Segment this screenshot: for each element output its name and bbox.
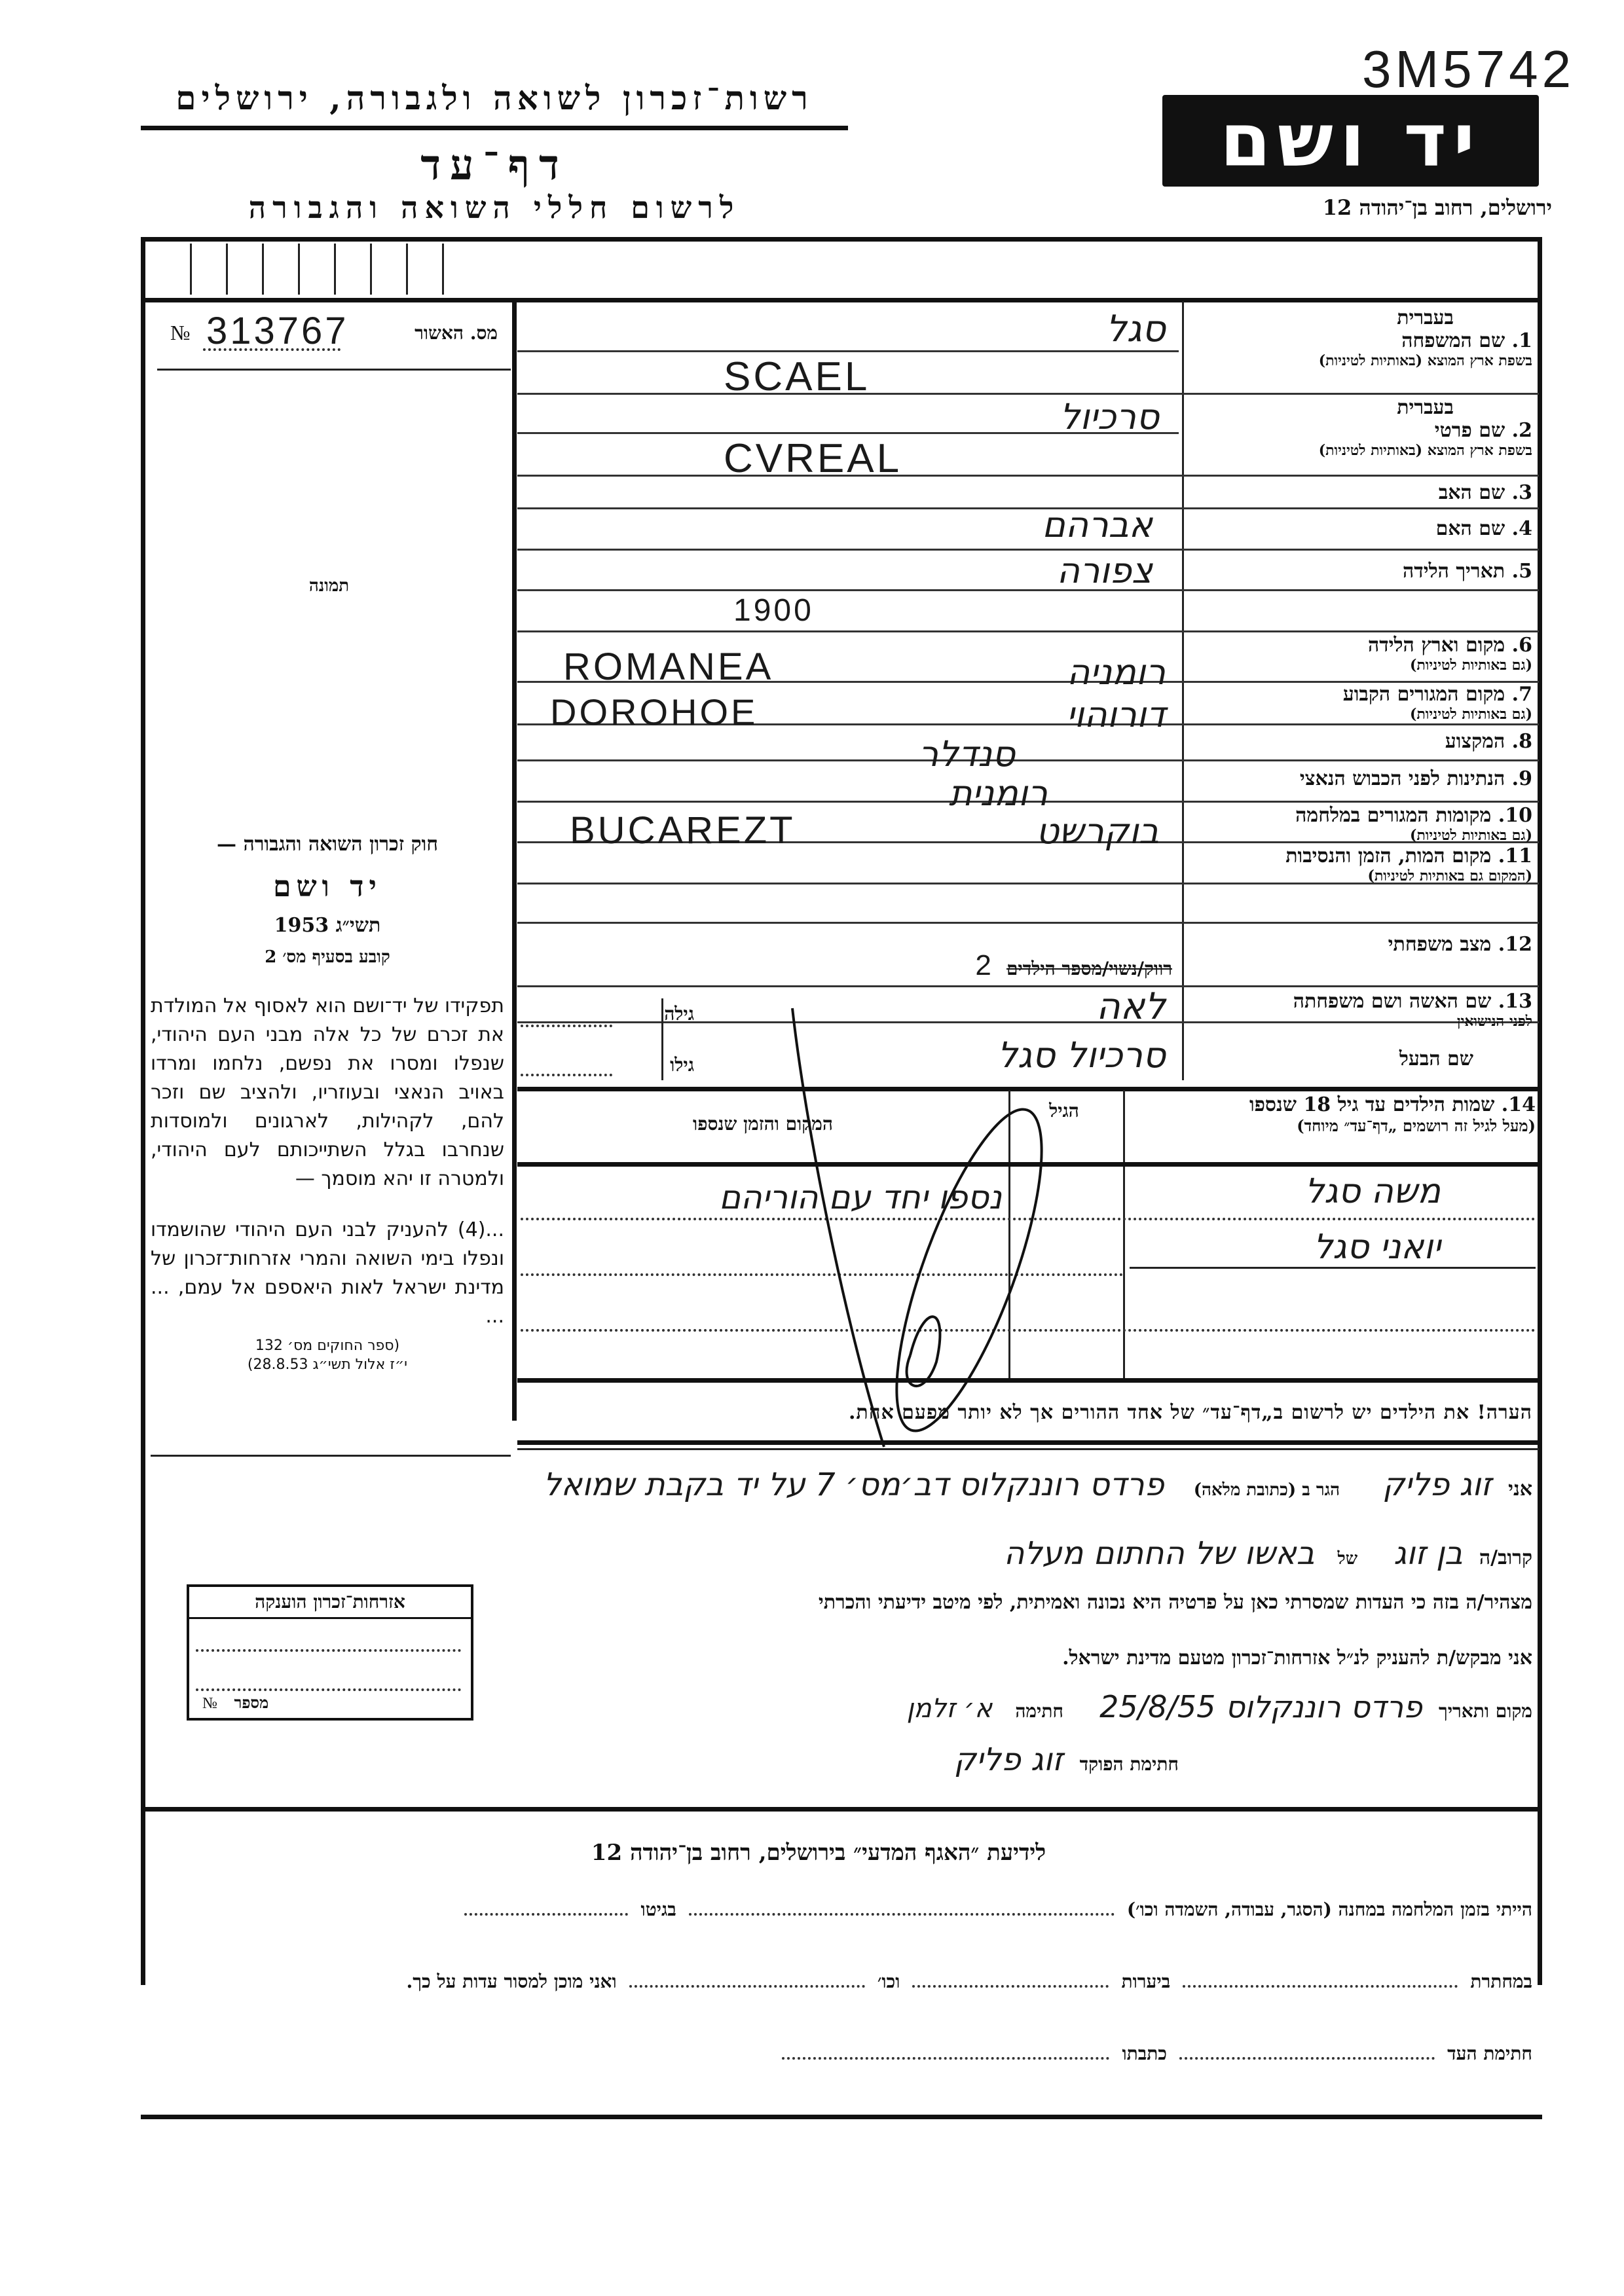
photo-label: תמונה [151, 576, 507, 596]
relation-to-value[interactable]: באשו של החתום מעלה [1004, 1535, 1314, 1572]
frame-left [141, 237, 145, 1985]
wartime-residence-hebrew-value[interactable]: בוקרשט [910, 811, 1159, 852]
birth-place-hebrew-value[interactable]: רומניה [943, 651, 1166, 693]
yad-vashem-logo: יד ושם [1162, 95, 1539, 187]
frame-right [1538, 237, 1542, 1985]
signature-value[interactable]: א׳ זלמן [906, 1694, 992, 1724]
husband-age-label: גילו [602, 1054, 694, 1076]
children-title: שמות הילדים עד גיל 18 שנספו [1249, 1093, 1494, 1116]
marital-status-options: רווק/נשוי/מספר הילדים 2 [753, 949, 1172, 982]
children-col-1 [1123, 1090, 1125, 1378]
mother-name-value[interactable]: צפורה [930, 550, 1153, 591]
left-column-divider [512, 301, 517, 1421]
field-label: שם פרטי [1435, 419, 1505, 442]
field-husband-name-label: שם הבעל [1189, 1048, 1532, 1070]
header-rule [141, 126, 848, 130]
logo-text: יד ושם [1162, 95, 1539, 187]
field-label: שם המשפחה [1401, 329, 1505, 352]
form-subtitle: לרשום חללי השואה והגבורה [141, 190, 848, 225]
field-death-place-label: 11. מקום המות, הזמן והנסיבות (המקום גם ב… [1189, 845, 1532, 884]
field-father-name-label: 3. שם האב [1189, 481, 1532, 504]
label-column-divider [1182, 301, 1184, 1080]
number-sign: № [202, 1695, 217, 1712]
profession-value[interactable]: סנדלר [819, 733, 1015, 774]
photo-box: תמונה [151, 373, 507, 825]
field-sublabel: בשפת ארץ המוצא (באותיות לטיניות) [1189, 442, 1532, 459]
law-box-bottom [151, 1455, 511, 1457]
official-signature-value[interactable]: זוג פליק [954, 1741, 1063, 1778]
law-citation-2: י״ז אלול תשי״ג 28.8.53) [151, 1357, 504, 1373]
law-paragraph-1: תפקידו של יד־ושם הוא לאסוף אל המולדת את … [151, 992, 504, 1194]
field-wife-name-label: 13. שם האשה ושם משפחתה לפני הנישואין [1189, 990, 1532, 1030]
field-number: 1. [1512, 329, 1532, 352]
field-nationality-label: 9. הנתינות לפני הכבוש הנאצי [1189, 767, 1532, 790]
footer-line-3: חתימת העד כתבתו [151, 2043, 1532, 2065]
field-wartime-residence-label: 10. מקומות המגורים במלחמה (גם באותיות לט… [1189, 804, 1532, 844]
official-signature-row: חתימת הפוקד זוג פליק [524, 1741, 1179, 1778]
approval-rule [157, 369, 511, 371]
field-birth-date-label: 5. תאריך הלידה [1189, 560, 1532, 583]
strip-bottom [141, 298, 1542, 302]
footer-line-1: הייתי בזמן המלחמה במחנה (הסגר, עבודה, הש… [151, 1899, 1532, 1921]
law-box: חוק זכרון השואה והגבורה — יד ושם תשי״ג 1… [151, 825, 504, 1373]
wife-age-label: גילה [602, 1003, 694, 1025]
father-name-value[interactable]: אברהם [930, 504, 1153, 545]
field-mother-name-label: 4. שם האם [1189, 517, 1532, 540]
archive-number: 3M5742 [1362, 39, 1575, 100]
law-paragraph-2: ...(4) להעניק לבני העם היהודי שהושמדו ונ… [151, 1216, 504, 1331]
declaration-line-1: אני זוג פליק הגר ב (כתובת מלאה) פרדס רונ… [190, 1467, 1532, 1503]
footer-heading: לידיעת ״האגף המדעי״ בירושלים, רחוב בן־יה… [458, 1840, 1179, 1866]
note: הערה! את הילדים יש לרשום ב„דף־עד״ של אחד… [524, 1401, 1532, 1424]
residence-hebrew-value[interactable]: דורוהוי [943, 694, 1166, 735]
field-residence-label: 7. מקום המגורים הקבוע (גם באותיות לטיניו… [1189, 683, 1532, 723]
field-sublabel: בשפת ארץ המוצא (באותיות לטיניות) [1189, 352, 1532, 369]
footer-line-2: במחתרת ביערות וכו׳ ואני מוכן למסור עדות … [151, 1971, 1532, 1993]
field-marital-status-label: 12. מצב משפחתי [1189, 933, 1532, 956]
law-citation-1: (ספר החוקים מס׳ 132 [151, 1338, 504, 1354]
law-title: חוק זכרון השואה והגבורה — [151, 833, 504, 856]
place-date-row: מקום ותאריך פרדס רוננקלוס 25/8/55 חתימה … [524, 1689, 1532, 1724]
law-year: תשי״ג 1953 [151, 914, 504, 937]
declaration-line-2: קרוב/ה בן זוג של באשו של החתום מעלה [524, 1535, 1532, 1572]
nationality-value[interactable]: רומנית [851, 773, 1048, 814]
birth-place-latin-value[interactable]: ROMANEA [563, 645, 773, 689]
field-birth-place-label: 6. מקום וארץ הלידה (גם באותיות לטיניות) [1189, 634, 1532, 674]
declaration-line-4: אני מבקש/ת להעניק לנ״ל אזרחות־זכרון מטעם… [524, 1647, 1532, 1669]
number-label: מספר [234, 1693, 269, 1712]
hebrew-tag: בעברית [1189, 306, 1454, 329]
residence-latin-value[interactable]: DOROHOE [550, 691, 758, 733]
children-count-value[interactable]: 2 [975, 949, 993, 981]
approval-number-row: № 313767 מס. האשור [170, 314, 498, 354]
children-header: 14. שמות הילדים עד גיל 18 שנספו (מעל לגי… [1130, 1093, 1536, 1136]
child-name-2[interactable]: יואני סגל [1126, 1228, 1441, 1267]
declarant-name-value[interactable]: זוג פליק [1382, 1467, 1492, 1503]
declaration-line-3: מצהיר/ה בזה כי העדות שמסרתי כאן על פרטיה… [524, 1591, 1532, 1614]
frame-top [141, 237, 1542, 242]
frame-bottom [141, 2115, 1542, 2119]
child-name-1[interactable]: משה סגל [1126, 1172, 1441, 1211]
children-bottom [517, 1378, 1539, 1383]
code-boxes [144, 244, 511, 295]
birth-date-value[interactable]: 1900 [733, 592, 814, 629]
family-name-hebrew-value[interactable]: סגל [1035, 308, 1166, 350]
children-subtitle: (מעל לגיל זה רושמים „דף־עד״ מיוחד) [1130, 1116, 1536, 1136]
field-number: 14. [1502, 1093, 1536, 1116]
law-name: יד ושם [151, 870, 504, 903]
header-address: ירושלים, רחוב בן־יהודה 12 [1159, 195, 1552, 220]
note-bottom [517, 1440, 1539, 1445]
citizenship-title: אזרחות־זכרון הוענקה [189, 1587, 471, 1619]
first-name-hebrew-value[interactable]: סרכיול [936, 396, 1159, 437]
note-bottom-2 [517, 1448, 1539, 1450]
relation-value[interactable]: בן זוג [1393, 1535, 1463, 1572]
approval-number-value[interactable]: 313767 [206, 309, 349, 353]
family-name-latin-value[interactable]: SCAEL [724, 354, 870, 400]
law-clause: קובע בסעיף מס׳ 2 [151, 947, 504, 967]
authority-line: רשות־זכרון לשואה ולגבורה, ירושלים [141, 79, 848, 117]
age-divider [661, 998, 663, 1080]
signature-flourish [753, 995, 1080, 1453]
field-number: 2. [1512, 419, 1532, 442]
wartime-residence-latin-value[interactable]: BUCAREZT [570, 809, 796, 852]
declarant-address-value[interactable]: פרדס רוננקלוס דב׳מס׳ 7 על יד בקבת שמואל [544, 1467, 1164, 1503]
place-date-value[interactable]: פרדס רוננקלוס 25/8/55 [1099, 1689, 1422, 1724]
hebrew-tag: בעברית [1189, 396, 1454, 419]
form-title: דף־עד [141, 141, 848, 190]
number-sign: № [170, 321, 191, 345]
field-family-name-label: בעברית 1. שם המשפחה בשפת ארץ המוצא (באות… [1189, 306, 1532, 369]
status-options: רווק/נשוי/מספר הילדים [1006, 958, 1172, 979]
approval-number-label: מס. האשור [415, 322, 498, 344]
declaration-bottom [141, 1807, 1542, 1812]
field-first-name-label: בעברית 2. שם פרטי בשפת ארץ המוצא (באותיו… [1189, 396, 1532, 459]
first-name-latin-value[interactable]: CVREAL [724, 435, 902, 482]
field-profession-label: 8. המקצוע [1189, 730, 1532, 753]
citizenship-box: אזרחות־זכרון הוענקה № מספר [187, 1584, 473, 1721]
